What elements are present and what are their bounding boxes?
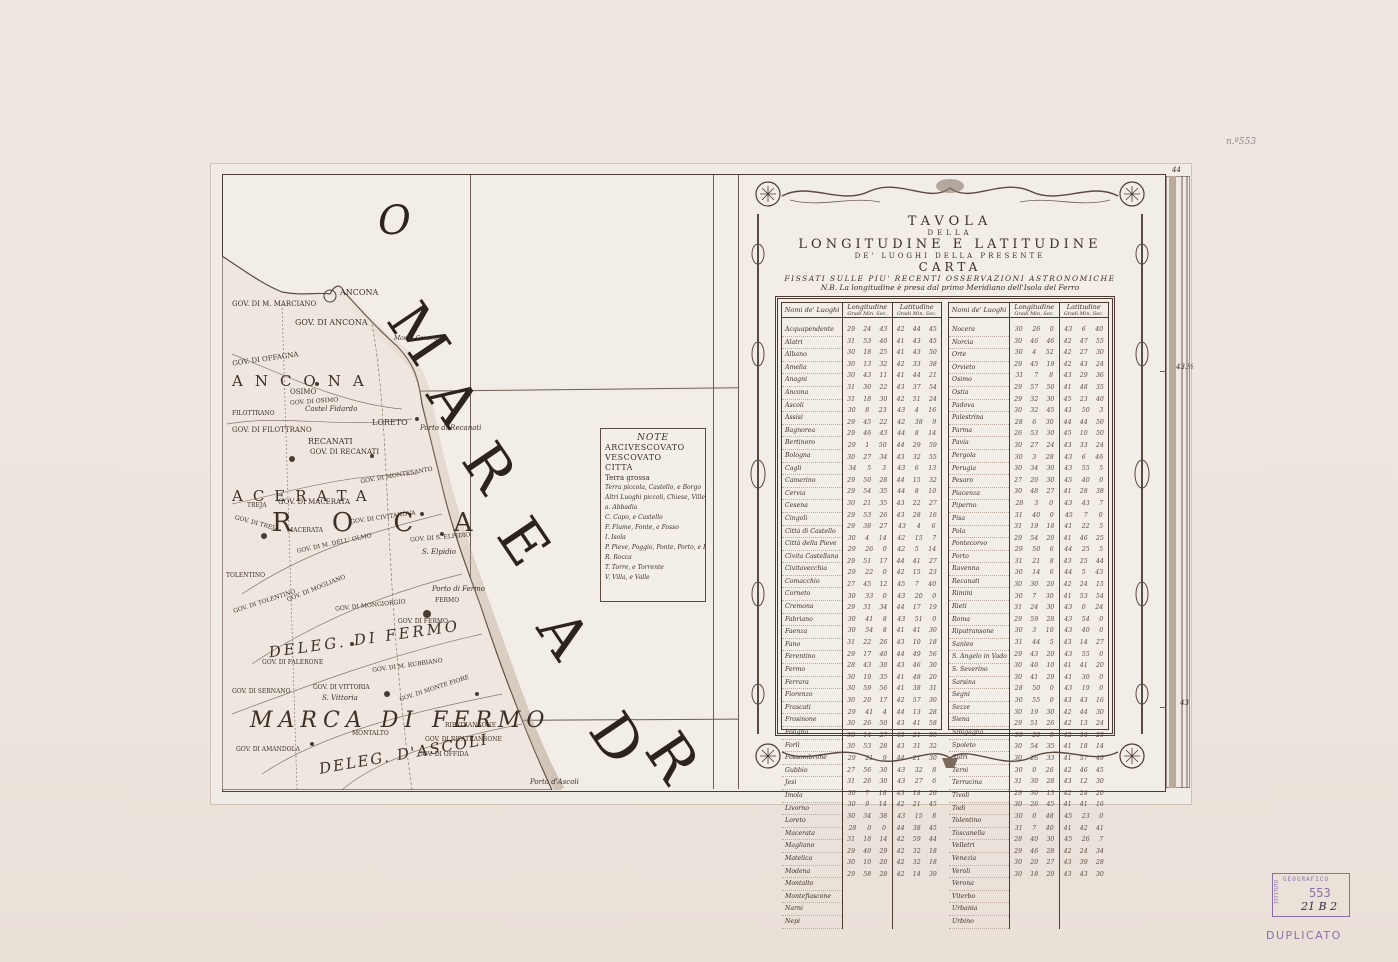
longitude-cell: 274512 <box>843 579 892 591</box>
ornamental-garland-top <box>750 176 1150 214</box>
place-name-cell: Terracina <box>949 777 1009 790</box>
longitude-cell: 2800 <box>843 823 892 835</box>
latitude-cell: 43416 <box>893 405 942 417</box>
latitude-cell: 43550 <box>1060 649 1109 661</box>
stamp-handwritten-shelfmark: 21 B 2 <box>1301 900 1337 913</box>
longitude-cell: 311830 <box>843 394 892 406</box>
longitude-cell: 301935 <box>843 672 892 684</box>
place-label: RECANATI <box>308 437 353 446</box>
place-name-cell: Siena <box>949 714 1009 727</box>
longitude-cell: 31445 <box>1010 637 1059 649</box>
latitude-cell: 422415 <box>1060 579 1109 591</box>
title-line: DE' LUOGHI DELLA PRESENTE <box>760 252 1140 260</box>
longitude-cell: 295117 <box>843 556 892 568</box>
longitude-cell: 29260 <box>843 544 892 556</box>
place-name-cell: Sezze <box>949 702 1009 715</box>
place-name-cell: Civitavecchia <box>782 563 842 576</box>
table-header: Nomi de' Luoghi LongitudineGradi Min. Se… <box>782 303 941 318</box>
longitude-cell: 3453 <box>843 463 892 475</box>
place-name-cell: Ripatransone <box>949 626 1009 639</box>
latitude-cell: 444956 <box>893 649 942 661</box>
longitude-cell: 294320 <box>1010 649 1059 661</box>
legend-item-large-town: Terra grossa <box>601 473 705 483</box>
longitude-cell: 295750 <box>1010 382 1059 394</box>
place-name-cell: Veroli <box>949 866 1009 879</box>
place-label: LORETO <box>372 418 408 427</box>
place-name-cell: Parma <box>949 425 1009 438</box>
latitude-cell: 432544 <box>1060 556 1109 568</box>
latitude-cell: 421439 <box>893 869 942 881</box>
latitude-cell: 45230 <box>1060 811 1109 823</box>
table-body: AcquapendenteAlatriAlbanoAmeliaAnagniAnc… <box>782 318 941 929</box>
place-name-cell: S. Angelo in Vado <box>949 651 1009 664</box>
longitude-cell: 293134 <box>843 602 892 614</box>
governatorato-label: GOV. DI RIPATRANSONE <box>425 736 502 743</box>
longitude-cell: 28630 <box>1010 417 1059 429</box>
latitude-cell: 44810 <box>893 486 942 498</box>
header-longitude: LongitudineGradi Min. Sec. <box>843 303 893 317</box>
place-name-cell: Fano <box>782 639 842 652</box>
longitude-cell: 265330 <box>1010 428 1059 440</box>
latitude-cell: 43400 <box>1060 625 1109 637</box>
legend-item-abbreviation: a. Abbadia <box>601 503 705 513</box>
place-name-cell: S. Severino <box>949 664 1009 677</box>
place-name-cell: Cremona <box>782 601 842 614</box>
place-name-cell: Cesena <box>782 500 842 513</box>
latitude-cell: 43540 <box>1060 614 1109 626</box>
legend-title: NOTE <box>601 433 705 443</box>
scale-mark: 43.½ <box>1176 363 1194 371</box>
latitude-cell: 423338 <box>893 359 942 371</box>
place-name-cell: Padova <box>949 400 1009 413</box>
place-name-cell: Ravenna <box>949 563 1009 576</box>
stamp-header: GEOGRAFICO <box>1283 876 1329 883</box>
governatorato-label: GOV. DI FILOTTRANO <box>232 426 312 434</box>
place-name-cell: Alatri <box>782 337 842 350</box>
latitude-cell: 43510 <box>893 614 942 626</box>
place-name-cell: Narni <box>782 903 842 916</box>
longitude-cell: 302734 <box>843 452 892 464</box>
longitude-cell: 295828 <box>843 869 892 881</box>
region-label: ANCONA <box>232 372 376 390</box>
region-label: MARCA DI FERMO <box>250 708 550 733</box>
place-name-cell: Pisa <box>949 513 1009 526</box>
longitude-cell: 293827 <box>843 521 892 533</box>
place-name-cell: Osimo <box>949 374 1009 387</box>
longitude-cell: 30718 <box>843 788 892 800</box>
governatorato-label: GOV. DI OFFIDA <box>418 751 469 758</box>
place-name-cell: Pontecorvo <box>949 538 1009 551</box>
place-name-cell: Nepi <box>782 916 842 929</box>
latitude-cell: 412838 <box>1060 486 1109 498</box>
longitude-cell: 304010 <box>1010 660 1059 672</box>
place-name-cell: Civita Castellana <box>782 551 842 564</box>
legend-item-abbreviation: P. Pieve, Poggio, Ponte, Porto, e Punta <box>601 543 705 553</box>
latitude-cell: 434316 <box>1060 695 1109 707</box>
header-latitude: LatitudineGradi Min. Sec. <box>893 303 942 317</box>
latitude-cell: 414350 <box>893 347 942 359</box>
longitude-cell: 30823 <box>843 405 892 417</box>
longitude-cell: 295028 <box>843 475 892 487</box>
latitude-cell: 45740 <box>893 579 942 591</box>
legend-item-abbreviation: V. Villa, e Valle <box>601 573 705 583</box>
longitude-cell: 303430 <box>1010 463 1059 475</box>
place-name-cell: Pergola <box>949 450 1009 463</box>
column-names: AcquapendenteAlatriAlbanoAmeliaAnagniAnc… <box>782 318 843 929</box>
latitude-cell: 423218 <box>893 846 942 858</box>
latitude-cell: 431826 <box>893 788 942 800</box>
longitude-cell: 293013 <box>1010 788 1059 800</box>
latitude-cell: 432816 <box>893 510 942 522</box>
latitude-cell: 434330 <box>1060 869 1109 881</box>
table-header: Nomi de' Luoghi LongitudineGradi Min. Se… <box>949 303 1108 318</box>
place-name-cell: Todi <box>949 803 1009 816</box>
latitude-cell: 414625 <box>1060 533 1109 545</box>
place-name-cell: Recanati <box>949 576 1009 589</box>
longitude-cell: 303438 <box>843 811 892 823</box>
legend-item-abbreviation: C. Capo, e Castello <box>601 513 705 523</box>
place-name-cell: Macerata <box>782 828 842 841</box>
latitude-cell: 42514 <box>893 544 942 556</box>
longitude-cell: 29506 <box>1010 544 1059 556</box>
longitude-cell: 29414 <box>843 707 892 719</box>
governatorato-label: GOV. DI ANCONA <box>295 318 368 327</box>
place-name-cell: Ascoli <box>782 400 842 413</box>
place-name-cell: Palestrina <box>949 412 1009 425</box>
longitude-cell: 294522 <box>843 417 892 429</box>
place-label: S. Elpidio <box>422 548 456 556</box>
place-name-cell: Bertinoro <box>782 437 842 450</box>
latitude-cell: 431018 <box>893 637 942 649</box>
longitude-cell: 303020 <box>1010 579 1059 591</box>
latitude-cell: 424445 <box>893 324 942 336</box>
header-names: Nomi de' Luoghi <box>949 303 1010 317</box>
latitude-cell: 422434 <box>1060 846 1109 858</box>
place-name-cell: Sanleo <box>949 639 1009 652</box>
latitude-cell: 43555 <box>1060 463 1109 475</box>
place-name-cell: Fermo <box>782 664 842 677</box>
governatorato-label: GOV. DI FERMO <box>398 618 448 625</box>
latitude-cell: 43276 <box>893 776 942 788</box>
longitude-cell: 312630 <box>843 776 892 788</box>
place-name-cell: Matelica <box>782 853 842 866</box>
latitude-cell: 431230 <box>1060 776 1109 788</box>
legend-item-archbishopric: ARCIVESCOVATO <box>601 443 705 453</box>
longitude-cell: 304827 <box>1010 486 1059 498</box>
longitude-cell: 313022 <box>843 382 892 394</box>
legend-item-other-places: Altri Luoghi piccoli, Chiese, Ville, Ten… <box>601 493 705 503</box>
latitude-cell: 441328 <box>893 707 942 719</box>
longitude-cell: 30550 <box>1010 695 1059 707</box>
place-name-cell: Fabriano <box>782 614 842 627</box>
longitude-cell: 304646 <box>1010 336 1059 348</box>
longitude-cell: 272030 <box>1010 475 1059 487</box>
legend-item-abbreviation: T. Torre, e Torrente <box>601 563 705 573</box>
legend-item-small-town: Terra piccola, Castello, e Borgo <box>601 483 705 493</box>
latitude-cell: 414130 <box>893 625 942 637</box>
longitude-cell: 302027 <box>1010 857 1059 869</box>
latitude-cell: 44543 <box>1060 567 1109 579</box>
latitude-cell: 414120 <box>1060 660 1109 672</box>
place-name-cell: Amelia <box>782 362 842 375</box>
latitude-cell: 41503 <box>1060 405 1109 417</box>
place-name-cell: Acquapendente <box>782 324 842 337</box>
governatorato-label: GOV. DI FALERONE <box>262 659 323 666</box>
latitude-cell: 421523 <box>893 567 942 579</box>
place-name-cell: Ostia <box>949 387 1009 400</box>
longitude-cell: 28500 <box>1010 683 1059 695</box>
latitude-cell: 42157 <box>893 533 942 545</box>
longitude-cell: 301332 <box>843 359 892 371</box>
latitude-cell: 441532 <box>893 475 942 487</box>
latitude-cell: 41300 <box>1060 672 1109 684</box>
longitude-cell: 30418 <box>843 614 892 626</box>
latitude-cell: 43190 <box>1060 683 1109 695</box>
place-name-cell: Montefiascone <box>782 891 842 904</box>
place-name-cell: Norcia <box>949 337 1009 350</box>
latitude-cell: 424755 <box>1060 336 1109 348</box>
latitude-cell: 414241 <box>1060 823 1109 835</box>
table-title-block: TAVOLA DELLA LONGITUDINE E LATITUDINE DE… <box>760 214 1140 292</box>
place-name-cell: Imola <box>782 790 842 803</box>
place-label: Castel Fidardo <box>305 405 357 413</box>
coordinates-table-left: Nomi de' Luoghi LongitudineGradi Min. Se… <box>781 302 942 730</box>
longitude-cell: 302650 <box>843 718 892 730</box>
latitude-cell: 45267 <box>1060 834 1109 846</box>
latitude-cell: 41225 <box>1060 521 1109 533</box>
latitude-cell: 431427 <box>1060 637 1109 649</box>
longitude-cell: 302645 <box>1010 799 1059 811</box>
longitude-cell: 30330 <box>843 591 892 603</box>
column-longitude: 2924433153403018253013323043113130223118… <box>843 318 893 929</box>
latitude-cell: 432227 <box>893 498 942 510</box>
place-name-cell: Montalto <box>782 878 842 891</box>
place-name-cell: Ferentino <box>782 651 842 664</box>
latitude-cell: 43646 <box>1060 452 1109 464</box>
longitude-cell: 30260 <box>1010 324 1059 336</box>
place-name-cell: Magliano <box>782 840 842 853</box>
latitude-cell: 425944 <box>893 834 942 846</box>
latitude-cell: 414345 <box>893 336 942 348</box>
place-name-cell: Corneto <box>782 588 842 601</box>
place-name-cell: Sarsina <box>949 677 1009 690</box>
place-label: Monte Conero <box>394 335 438 342</box>
column-latitude: 4244454143454143504233384144214337544251… <box>893 318 942 929</box>
place-name-cell: Rimini <box>949 588 1009 601</box>
longitude-cell: 30146 <box>1010 567 1059 579</box>
place-name-cell: Cingoli <box>782 513 842 526</box>
longitude-cell: 294628 <box>1010 846 1059 858</box>
latitude-cell: 425730 <box>893 695 942 707</box>
latitude-cell: 424430 <box>1060 707 1109 719</box>
latitude-cell: 43158 <box>893 811 942 823</box>
place-name-cell: Frosinone <box>782 714 842 727</box>
longitude-cell: 29150 <box>843 440 892 452</box>
ornamental-pillar-left <box>750 214 766 734</box>
latitude-cell: 433928 <box>1060 857 1109 869</box>
place-name-cell: Roma <box>949 614 1009 627</box>
place-name-cell: Bologna <box>782 450 842 463</box>
latitude-cell: 415354 <box>1060 591 1109 603</box>
latitude-cell: 414820 <box>893 672 942 684</box>
latitude-cell: 43437 <box>1060 498 1109 510</box>
longitude-cell: 302724 <box>1010 440 1059 452</box>
longitude-cell: 31218 <box>1010 556 1059 568</box>
header-names: Nomi de' Luoghi <box>782 303 843 317</box>
library-stamp: ISTITUTO GEOGRAFICO 553 21 B 2 <box>1272 873 1350 917</box>
stamp-side-text: ISTITUTO <box>1274 880 1280 904</box>
scale-mark: 43 <box>1180 699 1189 707</box>
latitude-cell: 421324 <box>1060 718 1109 730</box>
map-legend: NOTE ARCIVESCOVATO VESCOVATO CITTÀ Terra… <box>600 428 706 602</box>
longitude-cell: 31740 <box>1010 823 1059 835</box>
place-label: FILOTTRANO <box>232 410 275 417</box>
ornamental-pillar-right <box>1134 214 1150 734</box>
place-label: TOLENTINO <box>226 572 265 579</box>
column-longitude: 3026030464630452294519317829575029323030… <box>1010 318 1060 929</box>
place-name-cell: Venezia <box>949 853 1009 866</box>
place-name-cell: Perugia <box>949 463 1009 476</box>
longitude-cell: 284330 <box>843 660 892 672</box>
place-name-cell: Cagli <box>782 463 842 476</box>
longitude-cell: 303245 <box>1010 405 1059 417</box>
title-line: DELLA <box>760 229 1140 237</box>
place-name-cell: Verona <box>949 878 1009 891</box>
latitude-cell: 432936 <box>1060 370 1109 382</box>
longitude-cell: 30548 <box>843 625 892 637</box>
governatorato-label: GOV. DI AMANDOLA <box>236 746 300 753</box>
latitude-cell: 442959 <box>893 440 942 452</box>
governatorato-label: GOV. DI SERNANO <box>232 688 291 695</box>
title-line: CARTA <box>760 260 1140 274</box>
longitude-cell: 294519 <box>1010 359 1059 371</box>
latitude-cell: 434158 <box>893 718 942 730</box>
place-name-cell: Cervia <box>782 488 842 501</box>
place-name-cell: Pavia <box>949 437 1009 450</box>
longitude-cell: 30414 <box>843 533 892 545</box>
place-name-cell: Urbania <box>949 903 1009 916</box>
place-name-cell: Livorno <box>782 803 842 816</box>
latitude-cell: 422730 <box>1060 347 1109 359</box>
scale-mark: 44 <box>1172 166 1181 174</box>
longitude-cell: 2830 <box>1010 498 1059 510</box>
latitude-cell: 443845 <box>893 823 942 835</box>
longitude-cell: 292443 <box>843 324 892 336</box>
legend-item-abbreviation: I. Isola <box>601 533 705 543</box>
longitude-cell: 3178 <box>1010 370 1059 382</box>
latitude-cell: 451050 <box>1060 428 1109 440</box>
place-name-cell: Nocera <box>949 324 1009 337</box>
ornamental-garland-bottom <box>750 736 1150 774</box>
governatorato-label: GOV. DI M. MARCIANO <box>232 300 316 308</box>
place-name-cell: Velletri <box>949 840 1009 853</box>
latitude-cell: 42389 <box>893 417 942 429</box>
latitude-cell: 444127 <box>893 556 942 568</box>
legend-item-city: CITTÀ <box>601 463 705 473</box>
longitude-cell: 313028 <box>1010 776 1059 788</box>
latitude-cell: 422145 <box>893 799 942 811</box>
longitude-cell: 294643 <box>843 428 892 440</box>
longitude-cell: 315340 <box>843 336 892 348</box>
longitude-cell: 30310 <box>1010 625 1059 637</box>
latitude-cell: 414116 <box>1060 799 1109 811</box>
latitude-cell: 423218 <box>893 857 942 869</box>
longitude-cell: 295435 <box>843 486 892 498</box>
place-name-cell: Segni <box>949 689 1009 702</box>
duplicate-stamp: DUPLICATO <box>1266 929 1342 942</box>
place-name-cell: Ferrara <box>782 677 842 690</box>
place-name-cell: Albano <box>782 349 842 362</box>
place-label: ANCONA <box>340 288 378 297</box>
place-name-cell: Piperno <box>949 500 1009 513</box>
place-name-cell: Ancona <box>782 387 842 400</box>
latitude-cell: 444450 <box>1060 417 1109 429</box>
column-latitude: 4364042475542273042432443293641483545234… <box>1060 318 1109 929</box>
title-note: N.B. La longitudine è presa dal primo Me… <box>760 283 1140 292</box>
place-label: S. Vittoria <box>322 694 358 702</box>
longitude-cell: 30048 <box>1010 811 1059 823</box>
longitude-cell: 301930 <box>1010 707 1059 719</box>
longitude-cell: 305956 <box>843 683 892 695</box>
place-name-cell: Orte <box>949 349 1009 362</box>
longitude-cell: 284030 <box>1010 834 1059 846</box>
latitude-cell: 45400 <box>1060 475 1109 487</box>
sea-label-letter: O <box>378 198 413 244</box>
longitude-cell: 301820 <box>1010 869 1059 881</box>
place-name-cell: Orvieto <box>949 362 1009 375</box>
place-name-cell: Piacenza <box>949 488 1009 501</box>
place-name-cell: Città di Castello <box>782 526 842 539</box>
place-label: FERMO <box>435 597 459 604</box>
longitude-cell: 30328 <box>1010 452 1059 464</box>
place-name-cell: Città della Pieve <box>782 538 842 551</box>
latitude-cell: 4570 <box>1060 510 1109 522</box>
place-name-cell: Toscanella <box>949 828 1009 841</box>
latitude-cell: 43200 <box>893 591 942 603</box>
longitude-cell: 302017 <box>843 695 892 707</box>
coordinates-table-panel: TAVOLA DELLA LONGITUDINE E LATITUDINE DE… <box>740 176 1160 788</box>
longitude-cell: 304129 <box>1010 672 1059 684</box>
governatorato-label: GOV. DI RECANATI <box>310 448 379 456</box>
latitude-cell: 434630 <box>893 660 942 672</box>
place-name-cell: Tivoli <box>949 790 1009 803</box>
title-line: LONGITUDINE E LATITUDINE <box>760 237 1140 252</box>
place-name-cell: Frascati <box>782 702 842 715</box>
place-label: Porto di Fermo <box>432 585 485 593</box>
title-line: TAVOLA <box>760 214 1140 229</box>
place-label: Porto d'Ascoli <box>530 778 579 786</box>
latitude-cell: 433324 <box>1060 440 1109 452</box>
latitude-cell: 4346 <box>893 521 942 533</box>
longitude-cell: 312430 <box>1010 602 1059 614</box>
place-name-cell: Pola <box>949 526 1009 539</box>
place-name-cell: Pesaro <box>949 475 1009 488</box>
latitude-cell: 433754 <box>893 382 942 394</box>
place-name-cell: Anagni <box>782 374 842 387</box>
latitude-cell: 424324 <box>1060 359 1109 371</box>
latitude-cell: 422420 <box>1060 788 1109 800</box>
place-name-cell: Urbino <box>949 916 1009 929</box>
place-name-cell: Camerino <box>782 475 842 488</box>
place-name-cell: Comacchio <box>782 576 842 589</box>
latitude-cell: 414421 <box>893 370 942 382</box>
stamp-number: 553 <box>1309 886 1331 900</box>
latitude-cell: 452340 <box>1060 394 1109 406</box>
latitude-cell: 43024 <box>1060 602 1109 614</box>
longitude-cell: 311814 <box>843 834 892 846</box>
latitude-scale-bar <box>1166 176 1190 788</box>
longitude-cell: 295928 <box>1010 614 1059 626</box>
